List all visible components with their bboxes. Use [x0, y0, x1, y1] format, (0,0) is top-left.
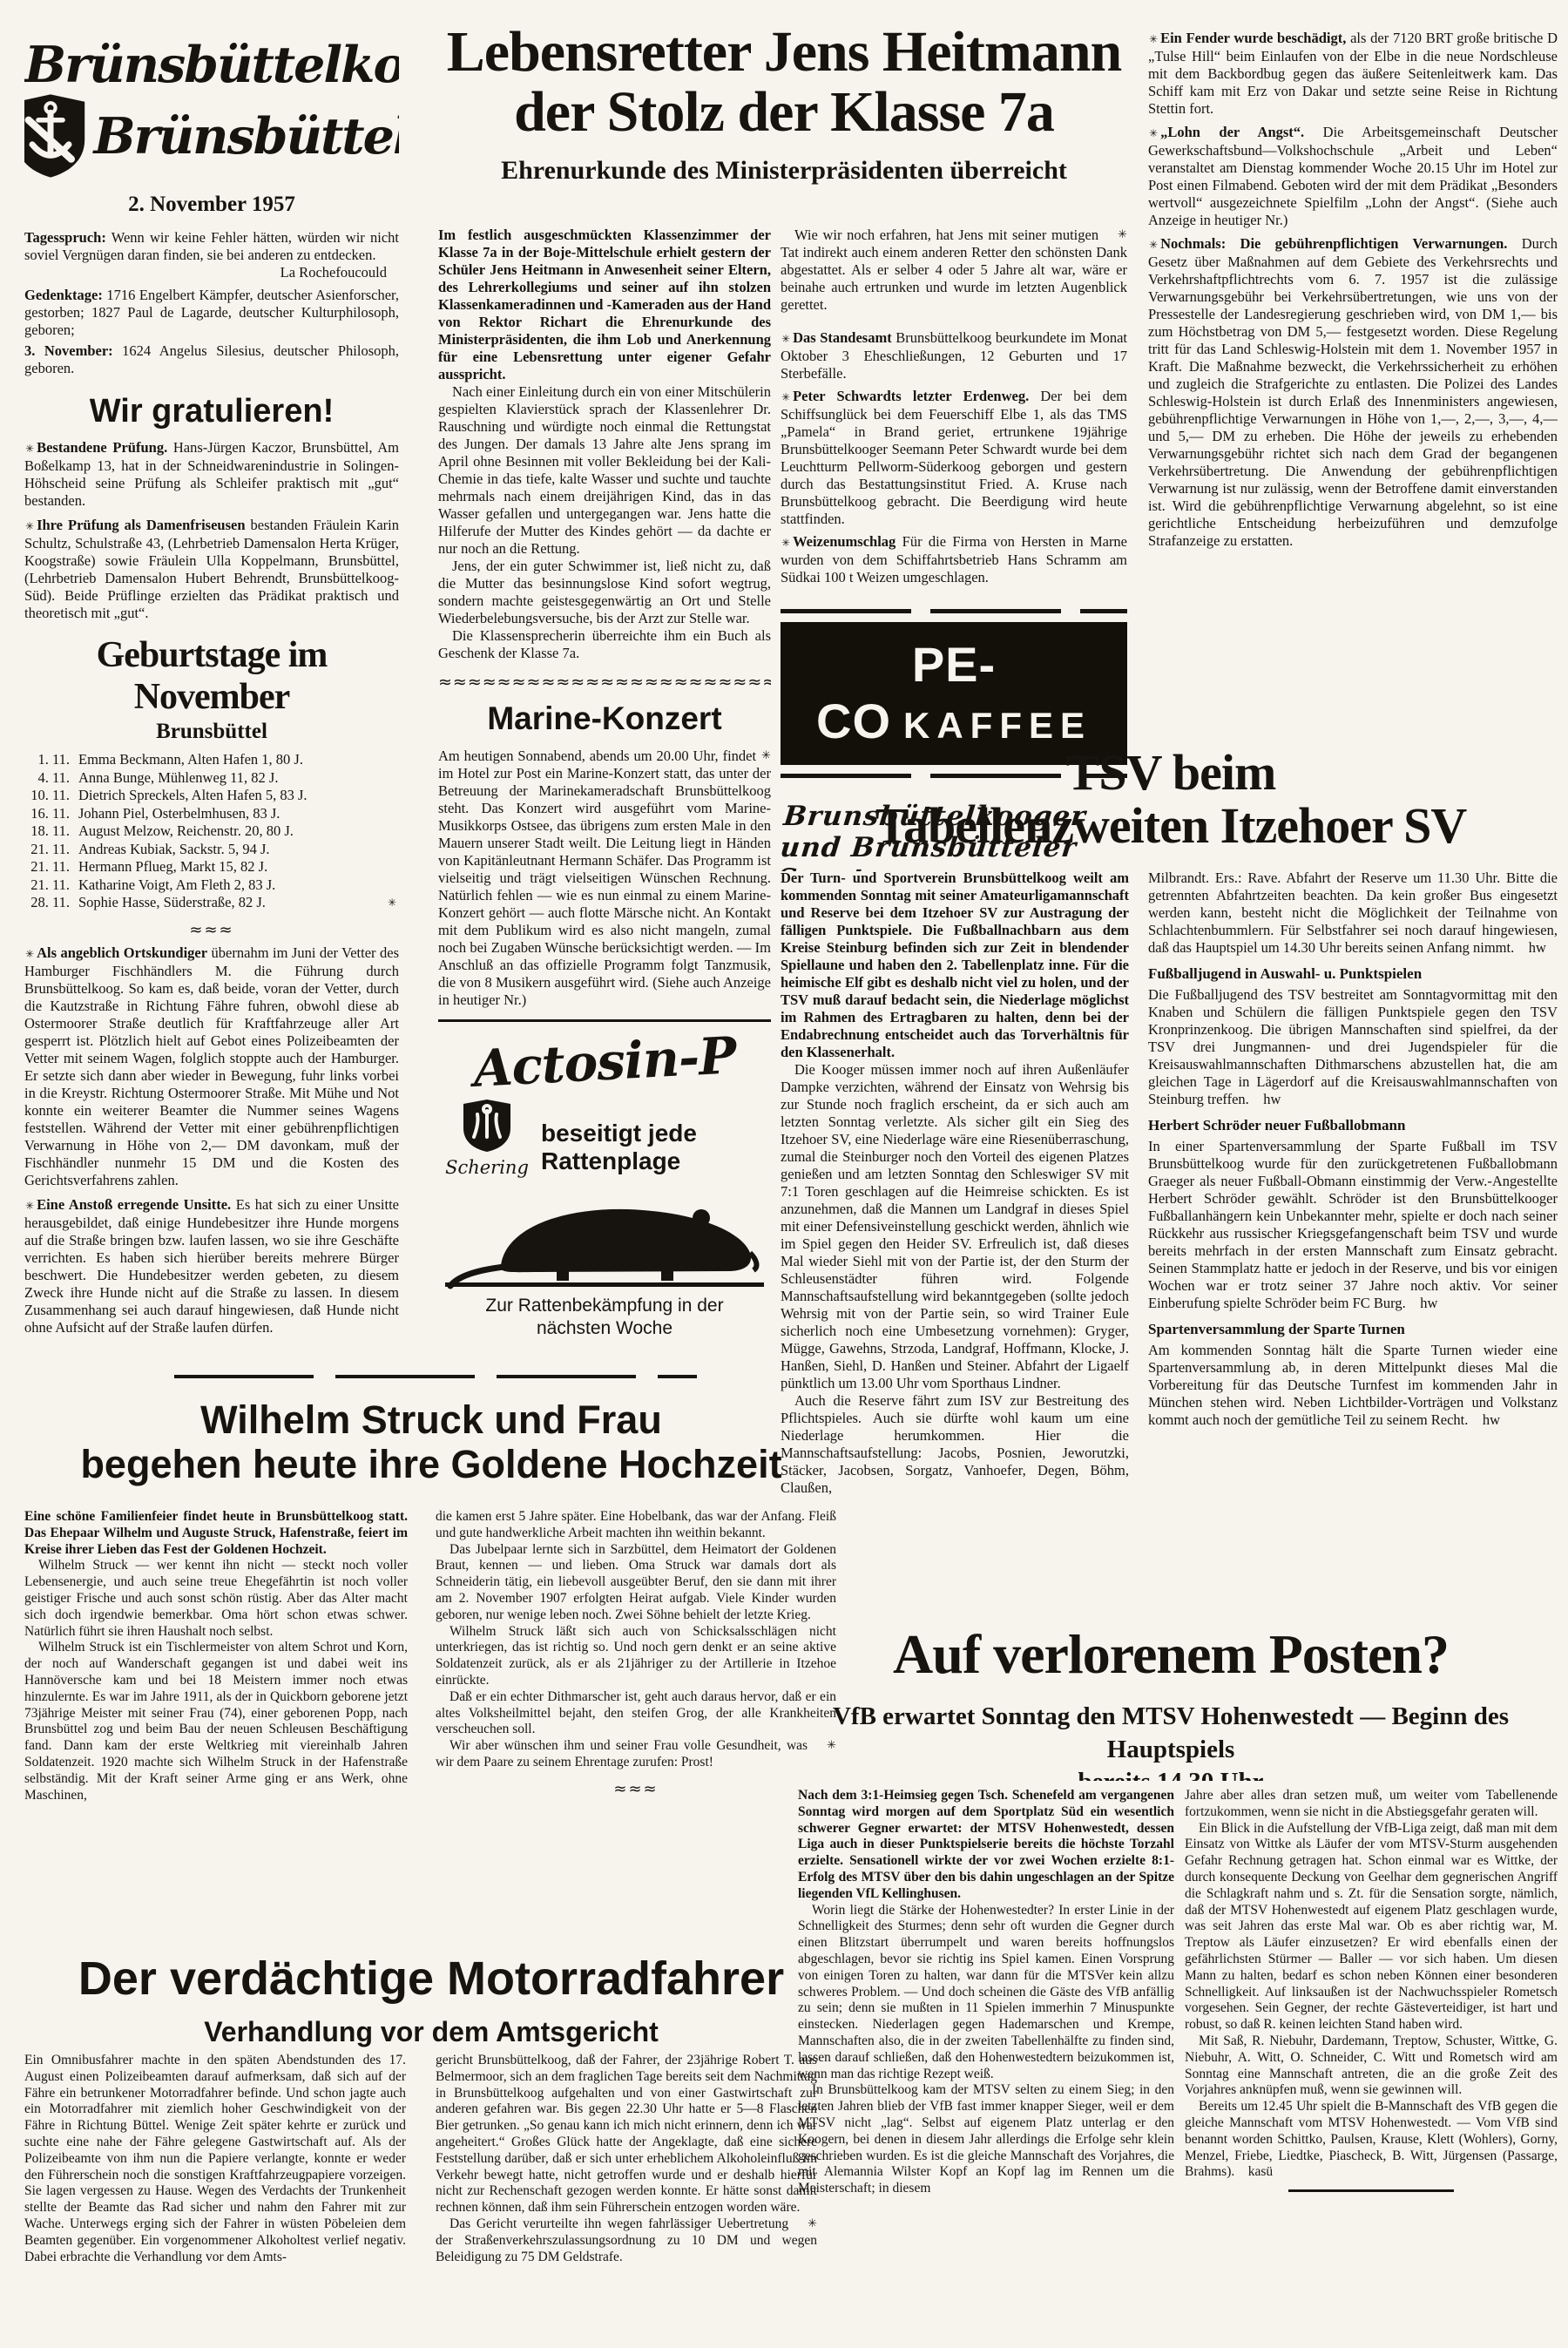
article-paragraph: Das Jubelpaar lernte sich in Sarzbüttel,…: [436, 1542, 836, 1624]
article-paragraph: Mit Saß, R. Niebuhr, Dardemann, Treptow,…: [1185, 2033, 1558, 2099]
ad-caption-line1: Zur Rattenbekämpfung in der: [438, 1295, 771, 1317]
gedenktage: Gedenktage: 1716 Engelbert Kämpfer, deut…: [24, 287, 399, 339]
gedenktage-label: Gedenktage:: [24, 287, 103, 303]
article-paragraph: Die Klassensprecherin überreichte ihm ei…: [438, 627, 771, 662]
list-item: 28. 11.Sophie Hasse, Süderstraße, 82 J.✳: [24, 894, 399, 912]
peco-ad-box: PE-COKAFFEE: [781, 622, 1127, 765]
article-lead: Eine schöne Familienfeier findet heute i…: [24, 1509, 408, 1558]
headline-line2: begehen heute ihre Goldene Hochzeit: [24, 1442, 838, 1486]
news-item: ✳Ihre Prüfung als Damenfriseusen bestand…: [24, 517, 399, 622]
news-item: ✳„Lohn der Angst“. Die Arbeitsgemeinscha…: [1148, 124, 1558, 229]
bday-text: August Melzow, Reichenstr. 20, 80 J.: [78, 822, 399, 841]
article-paragraph: Worin liegt die Stärke der Hohenwestedte…: [798, 1903, 1174, 2083]
bday-text: Hermann Pflueg, Markt 15, 82 J.: [78, 858, 399, 876]
news-item: ✳Das Standesamt Brunsbüttelkoog beurkund…: [781, 329, 1127, 382]
star-icon: ✳: [24, 443, 37, 455]
item-lead: „Lohn der Angst“.: [1160, 124, 1304, 140]
rat-illustration: [443, 1180, 766, 1291]
bday-date: 21. 11.: [24, 841, 78, 859]
bday-text: Andreas Kubiak, Sackstr. 5, 94 J.: [78, 841, 399, 859]
star-icon: ✳: [24, 520, 37, 532]
article-paragraph: Jens, der ein guter Schwimmer ist, ließ …: [438, 558, 771, 627]
article-paragraph: Ein Omnibusfahrer machte in den späten A…: [24, 2053, 406, 2265]
article-paragraph: Daß er ein echter Dithmarscher ist, geht…: [436, 1689, 836, 1738]
star-icon: ✳: [781, 391, 793, 403]
jens-continuation-text: Wie wir noch erfahren, hat Jens mit sein…: [781, 227, 1127, 313]
masthead-title-line2: Brünsbüttel: [93, 112, 399, 161]
news-item: ✳Bestandene Prüfung. Hans-Jürgen Kaczor,…: [24, 439, 399, 510]
masthead-row: Brünsbüttel: [24, 93, 399, 179]
list-item: 18. 11.August Melzow, Reichenstr. 20, 80…: [24, 822, 399, 841]
news-item: ✳Als angeblich Ortskundiger übernahm im …: [24, 944, 399, 1189]
article-paragraph: Wilhelm Struck ist ein Tischlermeister v…: [24, 1640, 408, 1803]
actosin-brand: Actosin-P: [438, 1024, 771, 1100]
star-icon: ✳: [1098, 227, 1127, 244]
article-paragraph: ✳Das Gericht verurteilte ihn wegen fahrl…: [436, 2216, 817, 2265]
marine-heading: Marine-Konzert: [438, 700, 771, 737]
bday-text: Dietrich Spreckels, Alten Hafen 5, 83 J.: [78, 787, 399, 805]
article-paragraph: Die Kooger müssen immer noch auf ihren A…: [781, 1061, 1129, 1392]
item-lead: Nochmals: Die gebührenpflichtigen Verwar…: [1160, 235, 1507, 252]
ad-rule: [781, 609, 1127, 613]
tagesspruch-label: Tagesspruch:: [24, 229, 106, 246]
vfb-article-subheader: VfB erwartet Sonntag den MTSV Hohenweste…: [781, 1701, 1561, 1781]
vfb-article-header: Auf verlorenem Posten?: [781, 1622, 1561, 1699]
star-icon: ✳: [24, 948, 37, 960]
november3: 3. November: 1624 Angelus Silesius, deut…: [24, 342, 399, 377]
list-item: 1. 11.Emma Beckmann, Alten Hafen 1, 80 J…: [24, 751, 399, 769]
star-icon: ✳: [1148, 239, 1160, 251]
list-item: 21. 11.Andreas Kubiak, Sackstr. 5, 94 J.: [24, 841, 399, 859]
issue-date: 2. November 1957: [24, 193, 399, 217]
article-paragraph: die kamen erst 5 Jahre später. Eine Hobe…: [436, 1509, 836, 1542]
bday-date: 4. 11.: [24, 769, 78, 788]
motorrad-article-header: Der verdächtige Motorradfahrer Verhandlu…: [24, 1952, 838, 2049]
star-icon: ✳: [1148, 33, 1160, 45]
headline-line1: TSV beim: [781, 746, 1561, 799]
sub-article-heading: Herbert Schröder neuer Fußballobmann: [1148, 1117, 1558, 1134]
article-paragraph: gericht Brunsbüttelkoog, daß der Fahrer,…: [436, 2053, 817, 2216]
vfb-article-col1: Nach dem 3:1-Heimsieg gegen Tsch. Schene…: [798, 1788, 1174, 2345]
sub-article-heading: Spartenversammlung der Sparte Turnen: [1148, 1321, 1558, 1338]
star-icon: ✳: [808, 1738, 836, 1755]
peco-product: KAFFEE: [903, 705, 1092, 746]
column-4-top: ✳Ein Fender wurde beschädigt, als der 71…: [1148, 30, 1558, 758]
news-item: ✳Peter Schwardts letzter Erdenweg. Der b…: [781, 388, 1127, 528]
item-text: Durch Gesetz über Maßnahmen auf dem Gebi…: [1148, 235, 1558, 549]
subheadline-line1: VfB erwartet Sonntag den MTSV Hohenweste…: [781, 1701, 1561, 1766]
tsv-article-col2: Milbrandt. Ers.: Rave. Abfahrt der Reser…: [1148, 870, 1558, 1619]
star-icon: ✳: [24, 1200, 37, 1212]
ad-caption-line2: nächsten Woche: [438, 1317, 771, 1340]
bday-text: Anna Bunge, Mühlenweg 11, 82 J.: [78, 769, 399, 788]
news-item: ✳Ein Fender wurde beschädigt, als der 71…: [1148, 30, 1558, 118]
newspaper-page: Brünsbüttelkoog Brünsbüttel: [0, 0, 1568, 2348]
jens-article-header: Lebensretter Jens Heitmann der Stolz der…: [431, 23, 1137, 220]
spacer: [781, 314, 1127, 329]
masthead-title-line1: Brünsbüttelkoog: [24, 40, 399, 90]
jens-article-col1: Im festlich ausgeschmückten Klassenzimme…: [438, 227, 771, 1375]
article-lead: Nach dem 3:1-Heimsieg gegen Tsch. Schene…: [798, 1788, 1174, 1903]
jens-continuation: ✳Wie wir noch erfahren, hat Jens mit sei…: [781, 227, 1127, 314]
subheadline: Verhandlung vor dem Amtsgericht: [24, 2016, 838, 2048]
coat-of-arms-icon: [24, 93, 88, 179]
article-paragraph: In Brunsbüttelkoog kam der MTSV selten z…: [798, 2082, 1174, 2197]
item-lead: Ihre Prüfung als Damenfriseusen: [37, 517, 245, 533]
item-lead: Peter Schwardts letzter Erdenweg.: [793, 388, 1029, 404]
left-column: Brünsbüttelkoog Brünsbüttel: [24, 40, 399, 1396]
tsv-article-col1: Der Turn- und Sportverein Brunsbüttelkoo…: [781, 870, 1129, 1619]
struck-article-col2: die kamen erst 5 Jahre später. Eine Hobe…: [436, 1509, 836, 1946]
sub-article-heading: Fußballjugend in Auswahl- u. Punktspiele…: [1148, 965, 1558, 983]
bday-date: 21. 11.: [24, 876, 78, 895]
headline-line2: Tabellenzweiten Itzehoer SV: [781, 799, 1561, 852]
headline: Der verdächtige Motorradfahrer: [24, 1952, 838, 2006]
article-paragraph: Milbrandt. Ers.: Rave. Abfahrt der Reser…: [1148, 870, 1558, 957]
subheadline-line2: bereits 14.30 Uhr: [781, 1766, 1561, 1781]
bday-date: 18. 11.: [24, 822, 78, 841]
list-item: 16. 11.Johann Piel, Osterbelmhusen, 83 J…: [24, 805, 399, 823]
bday-date: 16. 11.: [24, 805, 78, 823]
bday-date: 21. 11.: [24, 858, 78, 876]
article-lead: Der Turn- und Sportverein Brunsbüttelkoo…: [781, 870, 1129, 1061]
bday-date: 28. 11.: [24, 894, 78, 912]
motorrad-article-col1: Ein Omnibusfahrer machte in den späten A…: [24, 2053, 406, 2345]
item-lead: Weizenumschlag: [793, 533, 896, 550]
list-item: 10. 11.Dietrich Spreckels, Alten Hafen 5…: [24, 787, 399, 805]
item-lead: Bestandene Prüfung.: [37, 439, 167, 456]
schering-name: Schering: [438, 1157, 536, 1178]
tsv-article-header: TSV beim Tabellenzweiten Itzehoer SV: [781, 746, 1561, 864]
article-paragraph: Jahre aber alles dran setzen muß, um wei…: [1185, 1788, 1558, 1821]
bday-date: 10. 11.: [24, 787, 78, 805]
article-lead: Im festlich ausgeschmückten Klassenzimme…: [438, 227, 771, 383]
news-item: ✳Weizenumschlag Für die Firma von Herste…: [781, 533, 1127, 586]
headline-line1: Wilhelm Struck und Frau: [24, 1397, 838, 1442]
wave-divider: ≈≈≈≈≈≈≈≈≈≈≈≈≈≈≈≈≈≈≈≈≈≈≈≈≈≈≈≈≈≈: [438, 673, 771, 692]
bday-date: 1. 11.: [24, 751, 78, 769]
marine-paragraph: ✳Am heutigen Sonnabend, abends um 20.00 …: [438, 748, 771, 1009]
article-paragraph: Wilhelm Struck läßt sich auch von Schick…: [436, 1624, 836, 1689]
subheadline: Ehrenurkunde des Ministerpräsidenten übe…: [431, 156, 1137, 186]
article-paragraph: ✳Wir aber wünschen ihm und seiner Frau v…: [436, 1738, 836, 1771]
item-text: übernahm im Juni der Vetter des Hamburge…: [24, 944, 399, 1188]
item-lead: Als angeblich Ortskundiger: [37, 944, 207, 961]
struck-article-header: Wilhelm Struck und Frau begehen heute ih…: [24, 1397, 838, 1500]
star-icon: ✳: [788, 2216, 817, 2233]
headline: Auf verlorenem Posten?: [781, 1622, 1561, 1687]
geburtstage-subheading: Brunsbüttel: [24, 720, 399, 744]
geburtstage-list: 1. 11.Emma Beckmann, Alten Hafen 1, 80 J…: [24, 751, 399, 912]
star-icon: ✳: [1148, 127, 1160, 139]
section-divider: ≈≈≈: [24, 921, 399, 939]
list-item: 21. 11.Katharine Voigt, Am Fleth 2, 83 J…: [24, 876, 399, 895]
item-text: Der bei dem Schiffsunglück bei dem Feuer…: [781, 388, 1127, 527]
item-lead: Eine Anstoß erregende Unsitte.: [37, 1196, 231, 1213]
article-paragraph: Wilhelm Struck — wer kennt ihn nicht — s…: [24, 1558, 408, 1640]
star-icon: ✳: [387, 894, 399, 912]
gratulieren-heading: Wir gratulieren!: [24, 393, 399, 430]
bday-text: Emma Beckmann, Alten Hafen 1, 80 J.: [78, 751, 399, 769]
actosin-row: Schering beseitigt jede Rattenplage: [438, 1099, 771, 1178]
bday-text: Katharine Voigt, Am Fleth 2, 83 J.: [78, 876, 399, 895]
schering-shield-icon: [462, 1099, 512, 1153]
motorrad-article-col2: gericht Brunsbüttelkoog, daß der Fahrer,…: [436, 2053, 817, 2345]
bday-text: Sophie Hasse, Süderstraße, 82 J.: [78, 894, 387, 912]
masthead: Brünsbüttelkoog Brünsbüttel: [24, 40, 399, 217]
headline-line2: der Stolz der Klasse 7a: [431, 83, 1137, 143]
article-paragraph: Ein Blick in die Aufstellung der VfB-Lig…: [1185, 1821, 1558, 2033]
schering-logo: Schering: [438, 1099, 536, 1178]
tagesspruch-attribution: La Rochefoucould: [24, 264, 399, 281]
article-paragraph: Nach einer Einleitung durch ein von eine…: [438, 383, 771, 558]
article-paragraph: In einer Spartenversammlung der Sparte F…: [1148, 1138, 1558, 1312]
section-divider: ≈≈≈: [436, 1780, 836, 1798]
article-paragraph-text: Wir aber wünschen ihm und seiner Frau vo…: [436, 1738, 808, 1769]
star-icon: ✳: [781, 537, 793, 549]
article-paragraph-text: Das Gericht verurteilte ihn wegen fahrlä…: [436, 2216, 817, 2264]
item-lead: Ein Fender wurde beschädigt,: [1160, 30, 1346, 46]
headline-line1: Lebensretter Jens Heitmann: [431, 23, 1137, 83]
november3-label: 3. November:: [24, 342, 113, 359]
actosin-ad: Actosin-P Schering beseitigt jede Ratten…: [438, 1032, 771, 1341]
list-item: 4. 11.Anna Bunge, Mühlenweg 11, 82 J.: [24, 769, 399, 788]
news-item: ✳Eine Anstoß erregende Unsitte. Es hat s…: [24, 1196, 399, 1336]
tagesspruch: Tagesspruch: Wenn wir keine Fehler hätte…: [24, 229, 399, 264]
news-item: ✳Nochmals: Die gebührenpflichtigen Verwa…: [1148, 235, 1558, 550]
article-end-rule: [1288, 2189, 1454, 2192]
marine-text: Am heutigen Sonnabend, abends um 20.00 U…: [438, 748, 771, 1008]
star-icon: ✳: [756, 748, 771, 765]
ad-top-rule: [438, 1019, 771, 1022]
item-lead: Das Standesamt: [793, 329, 892, 346]
item-text: Es hat sich zu einer Unsitte herausgebil…: [24, 1196, 399, 1336]
ad-caption: Zur Rattenbekämpfung in der nächsten Woc…: [438, 1295, 771, 1341]
article-paragraph: Bereits um 12.45 Uhr spielt die B-Mannsc…: [1185, 2099, 1558, 2181]
star-icon: ✳: [781, 333, 793, 345]
bday-text: Johann Piel, Osterbelmhusen, 83 J.: [78, 805, 399, 823]
struck-article-col1: Eine schöne Familienfeier findet heute i…: [24, 1509, 408, 1946]
geburtstage-heading: Geburtstage im November: [24, 634, 399, 718]
vfb-article-col2: Jahre aber alles dran setzen muß, um wei…: [1185, 1788, 1558, 2345]
actosin-slogan: beseitigt jede Rattenplage: [536, 1099, 771, 1175]
article-paragraph: Die Fußballjugend des TSV bestreitet am …: [1148, 986, 1558, 1108]
list-item: 21. 11.Hermann Pflueg, Markt 15, 82 J.: [24, 858, 399, 876]
article-paragraph: Am kommenden Sonntag hält die Sparte Tur…: [1148, 1342, 1558, 1429]
section-rule: [174, 1375, 697, 1378]
